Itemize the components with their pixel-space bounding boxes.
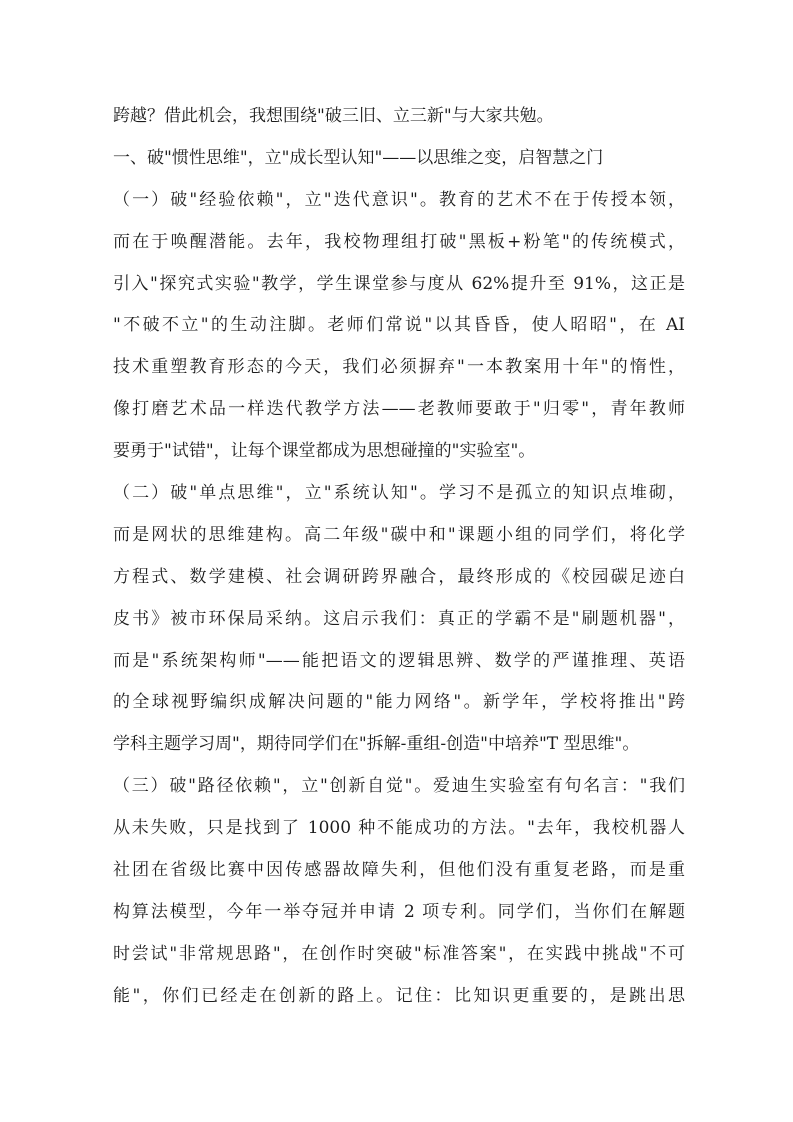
text-line: 而在于唤醒潜能。去年，我校物理组打破"黑板+粉笔"的传统模式， <box>113 222 685 264</box>
document-canvas: { "document": { "background_color": "#ff… <box>0 0 793 1122</box>
text-line: （二）破"单点思维"，立"系统认知"。学习不是孤立的知识点堆砌， <box>113 473 685 515</box>
text-line: 而是"系统架构师"——能把语文的逻辑思辨、数学的严谨推理、英语 <box>113 641 685 683</box>
text-line: 方程式、数学建模、社会调研跨界融合，最终形成的《校园碳足迹白 <box>113 557 685 599</box>
text-line: 皮书》被市环保局采纳。这启示我们：真正的学霸不是"刷题机器"， <box>113 599 685 641</box>
text-line: 能"，你们已经走在创新的路上。记住：比知识更重要的，是跳出思 <box>113 976 685 1018</box>
text-line: 一、破"惯性思维"，立"成长型认知"——以思维之变，启智慧之门 <box>113 138 685 180</box>
text-line: 的全球视野编织成解决问题的"能力网络"。新学年，学校将推出"跨 <box>113 682 685 724</box>
text-line: 构算法模型，今年一举夺冠并申请 2 项专利。同学们，当你们在解题 <box>113 892 685 934</box>
text-line: 时尝试"非常规思路"，在创作时突破"标准答案"，在实践中挑战"不可 <box>113 934 685 976</box>
document-page: 跨越？借此机会，我想围绕"破三旧、立三新"与大家共勉。 一、破"惯性思维"，立"… <box>113 96 685 1018</box>
text-line: 要勇于"试错"，让每个课堂都成为思想碰撞的"实验室"。 <box>113 431 685 473</box>
text-line: "不破不立"的生动注脚。老师们常说"以其昏昏，使人昭昭"，在 AI <box>113 305 685 347</box>
text-line: 像打磨艺术品一样迭代教学方法——老教师要敢于"归零"，青年教师 <box>113 389 685 431</box>
text-line: 技术重塑教育形态的今天，我们必须摒弃"一本教案用十年"的惰性， <box>113 347 685 389</box>
text-line: （三）破"路径依赖"，立"创新自觉"。爱迪生实验室有句名言："我们 <box>113 766 685 808</box>
text-line: 而是网状的思维建构。高二年级"碳中和"课题小组的同学们，将化学 <box>113 515 685 557</box>
text-line: 引入"探究式实验"教学，学生课堂参与度从 62%提升至 91%，这正是 <box>113 264 685 306</box>
text-line: 学科主题学习周"，期待同学们在"拆解-重组-创造"中培养"T 型思维"。 <box>113 724 685 766</box>
text-line: 从未失败，只是找到了 1000 种不能成功的方法。"去年，我校机器人 <box>113 808 685 850</box>
text-line: （一）破"经验依赖"，立"迭代意识"。教育的艺术不在于传授本领， <box>113 180 685 222</box>
text-line: 跨越？借此机会，我想围绕"破三旧、立三新"与大家共勉。 <box>113 96 685 138</box>
text-line: 社团在省级比赛中因传感器故障失利，但他们没有重复老路，而是重 <box>113 850 685 892</box>
